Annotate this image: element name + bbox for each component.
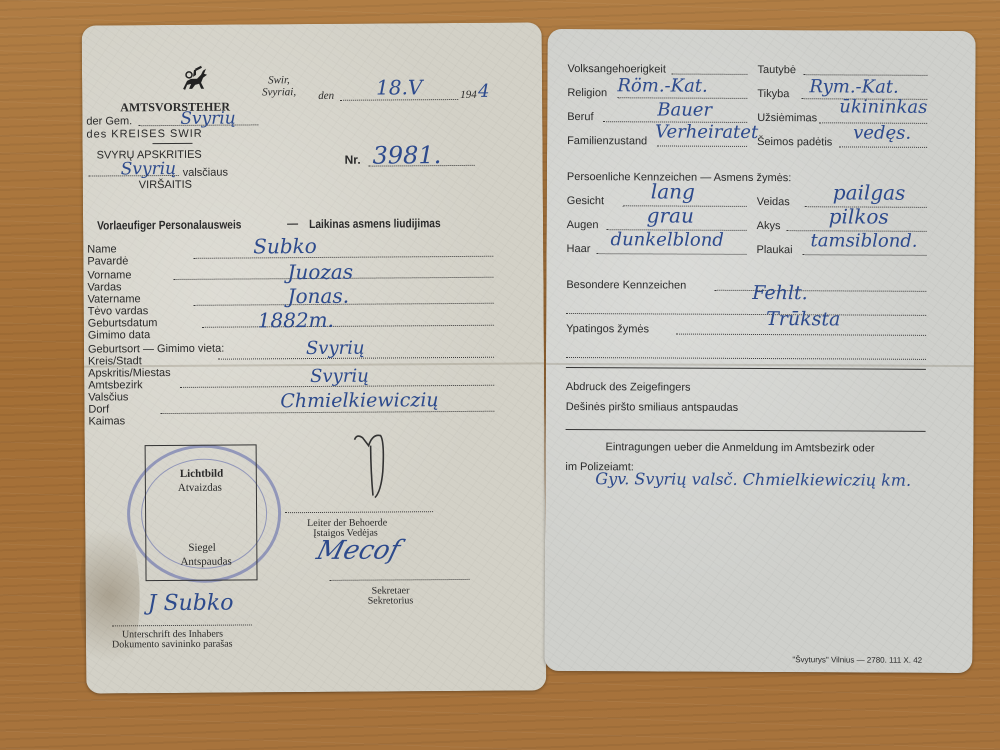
field-name-value: Subko — [253, 234, 317, 258]
place-lt: Svyriai, — [262, 86, 296, 98]
section-rule-2 — [566, 429, 926, 432]
authority-divider — [152, 143, 192, 144]
field-dorf-label-de: Dorf — [88, 403, 109, 415]
besondere-line — [714, 290, 926, 292]
date-year-suffix: 4 — [478, 81, 490, 102]
title-lt: Laikinas asmens liudijimas — [309, 217, 441, 230]
printer-imprint: "Švyturys" Vilnius — 2780. 111 X. 42 — [792, 654, 922, 667]
besondere-label: Besondere Kennzeichen — [566, 279, 686, 292]
title-sep: — — [287, 218, 298, 230]
registration-text-1: Eintragungen ueber die Anmeldung im Amts… — [605, 441, 874, 454]
field-geburtsdatum-value: 1882m. — [258, 308, 334, 333]
akys-value: pilkos — [829, 204, 889, 228]
secretary-line — [330, 579, 470, 581]
gesicht-label: Gesicht — [567, 195, 604, 207]
tautybe-label: Tautybė — [757, 64, 796, 76]
haar-line — [597, 253, 747, 255]
gesicht-value: lang — [651, 179, 695, 203]
field-geburtsort-label: Geburtsort — Gimimo vieta: — [88, 343, 224, 356]
field-vorname-label-lt: Vardas — [87, 281, 121, 293]
field-amtsbezirk-value: Svyrių — [310, 366, 369, 387]
uzsiemimas-label: Užsiėmimas — [757, 112, 817, 124]
seal-label-de: Siegel — [188, 542, 216, 554]
haar-value: dunkelblond — [611, 229, 724, 251]
field-name-label-de: Name — [87, 243, 116, 255]
fingerprint-label-lt: Dešinės piršto smiliaus antspaudas — [566, 401, 738, 414]
valsciaus-label: valsčiaus — [183, 167, 228, 179]
photo-box: Lichtbild Atvaizdas Siegel Antspaudas — [145, 444, 258, 581]
section-rule-1 — [566, 367, 926, 370]
ypatingos-label: Ypatingos žymės — [566, 323, 649, 335]
familienzustand-value: Verheiratet — [655, 121, 758, 143]
number-value: 3981. — [372, 141, 441, 169]
field-amtsbezirk-label-de: Amtsbezirk — [88, 379, 142, 391]
besondere-line-2 — [566, 313, 926, 316]
den-label: den — [318, 90, 334, 102]
field-vorname-label-de: Vorname — [87, 269, 131, 281]
number-label: Nr. — [345, 154, 361, 166]
besondere-value: Fehlt. — [752, 282, 808, 304]
kreis-line: des KREISES SWIR — [86, 128, 202, 141]
ypatingos-line — [676, 334, 926, 336]
field-geburtsdatum-line — [202, 325, 494, 328]
plaukai-value: tamsiblond. — [811, 230, 918, 252]
akys-label: Akys — [757, 220, 781, 232]
uzsiemimas-value: ūkininkas — [839, 96, 927, 117]
tikyba-label: Tikyba — [757, 88, 789, 100]
field-vatername-label-lt: Tėvo vardas — [88, 305, 149, 317]
field-name-label-lt: Pavardė — [87, 255, 128, 267]
veidas-label: Veidas — [757, 196, 790, 208]
place-de: Swir, — [268, 74, 290, 86]
tikyba-value: Rym.-Kat. — [809, 76, 899, 97]
seimos-padetis-line — [839, 146, 927, 147]
gem-label: der Gem. — [86, 115, 132, 127]
field-name-line — [193, 256, 493, 259]
fingerprint-label-de: Abdruck des Zeigefingers — [566, 381, 691, 394]
plaukai-line — [803, 254, 927, 256]
augen-value: grau — [647, 203, 694, 227]
religion-value: Röm.-Kat. — [617, 75, 708, 96]
right-page: Volksangehoerigkeit Tautybė Religion Röm… — [544, 29, 975, 673]
beruf-label: Beruf — [567, 111, 593, 123]
secretary-signature: Mecof — [313, 535, 403, 566]
seimos-padetis-value: vedęs. — [853, 122, 911, 143]
date-day-month: 18.V — [376, 75, 422, 99]
augen-label: Augen — [567, 219, 599, 231]
ypatingos-value: Trūksta — [766, 308, 840, 330]
ypatingos-line-2 — [566, 357, 926, 360]
secretary-label-lt: Sekretorius — [368, 595, 414, 607]
field-kreis-value: Svyrių — [306, 338, 365, 359]
title-de: Vorlaeufiger Personalausweis — [97, 219, 241, 232]
virsaitis-label: VIRŠAITIS — [139, 179, 192, 191]
left-page: AMTSVORSTEHER der Gem. Svyrių des KREISE… — [82, 22, 547, 693]
seimos-padetis-label: Šeimos padėtis — [757, 136, 832, 148]
familienzustand-line — [657, 145, 747, 146]
haar-label: Haar — [567, 243, 591, 255]
veidas-value: pailgas — [833, 180, 906, 204]
field-amtsbezirk-label-lt: Valsčius — [88, 391, 128, 403]
leader-signature-icon — [351, 431, 391, 501]
field-vatername-value: Jonas. — [287, 284, 349, 308]
photo-label-de: Lichtbild — [180, 468, 223, 480]
volks-label: Volksangehoerigkeit — [567, 63, 666, 76]
gem-value: Svyrių — [180, 109, 236, 129]
photo-label-lt: Atvaizdas — [178, 482, 222, 494]
vytis-emblem-icon — [177, 65, 213, 95]
field-dorf-value: Chmielkiewiczių — [280, 389, 438, 412]
beruf-value: Bauer — [657, 99, 712, 120]
familienzustand-label: Familienzustand — [567, 135, 647, 147]
date-year-prefix: 194 — [460, 89, 477, 101]
seal-label-lt: Antspaudas — [180, 556, 231, 568]
field-vatername-label-de: Vatername — [88, 293, 141, 305]
field-kreis-label-lt: Apskritis/Miestas — [88, 367, 171, 380]
plaukai-label: Plaukai — [756, 244, 792, 256]
holder-signature: J Subko — [148, 591, 234, 617]
religion-label: Religion — [567, 87, 607, 99]
leader-line — [285, 511, 433, 513]
registration-value: Gyv. Svyrių valsč. Chmielkiewiczių km. — [595, 469, 911, 490]
field-dorf-label-lt: Kaimas — [88, 415, 125, 427]
field-geburtsdatum-label-de: Geburtsdatum — [88, 317, 158, 329]
field-geburtsdatum-label-lt: Gimimo data — [88, 329, 150, 341]
field-vorname-value: Juozas — [287, 260, 353, 284]
